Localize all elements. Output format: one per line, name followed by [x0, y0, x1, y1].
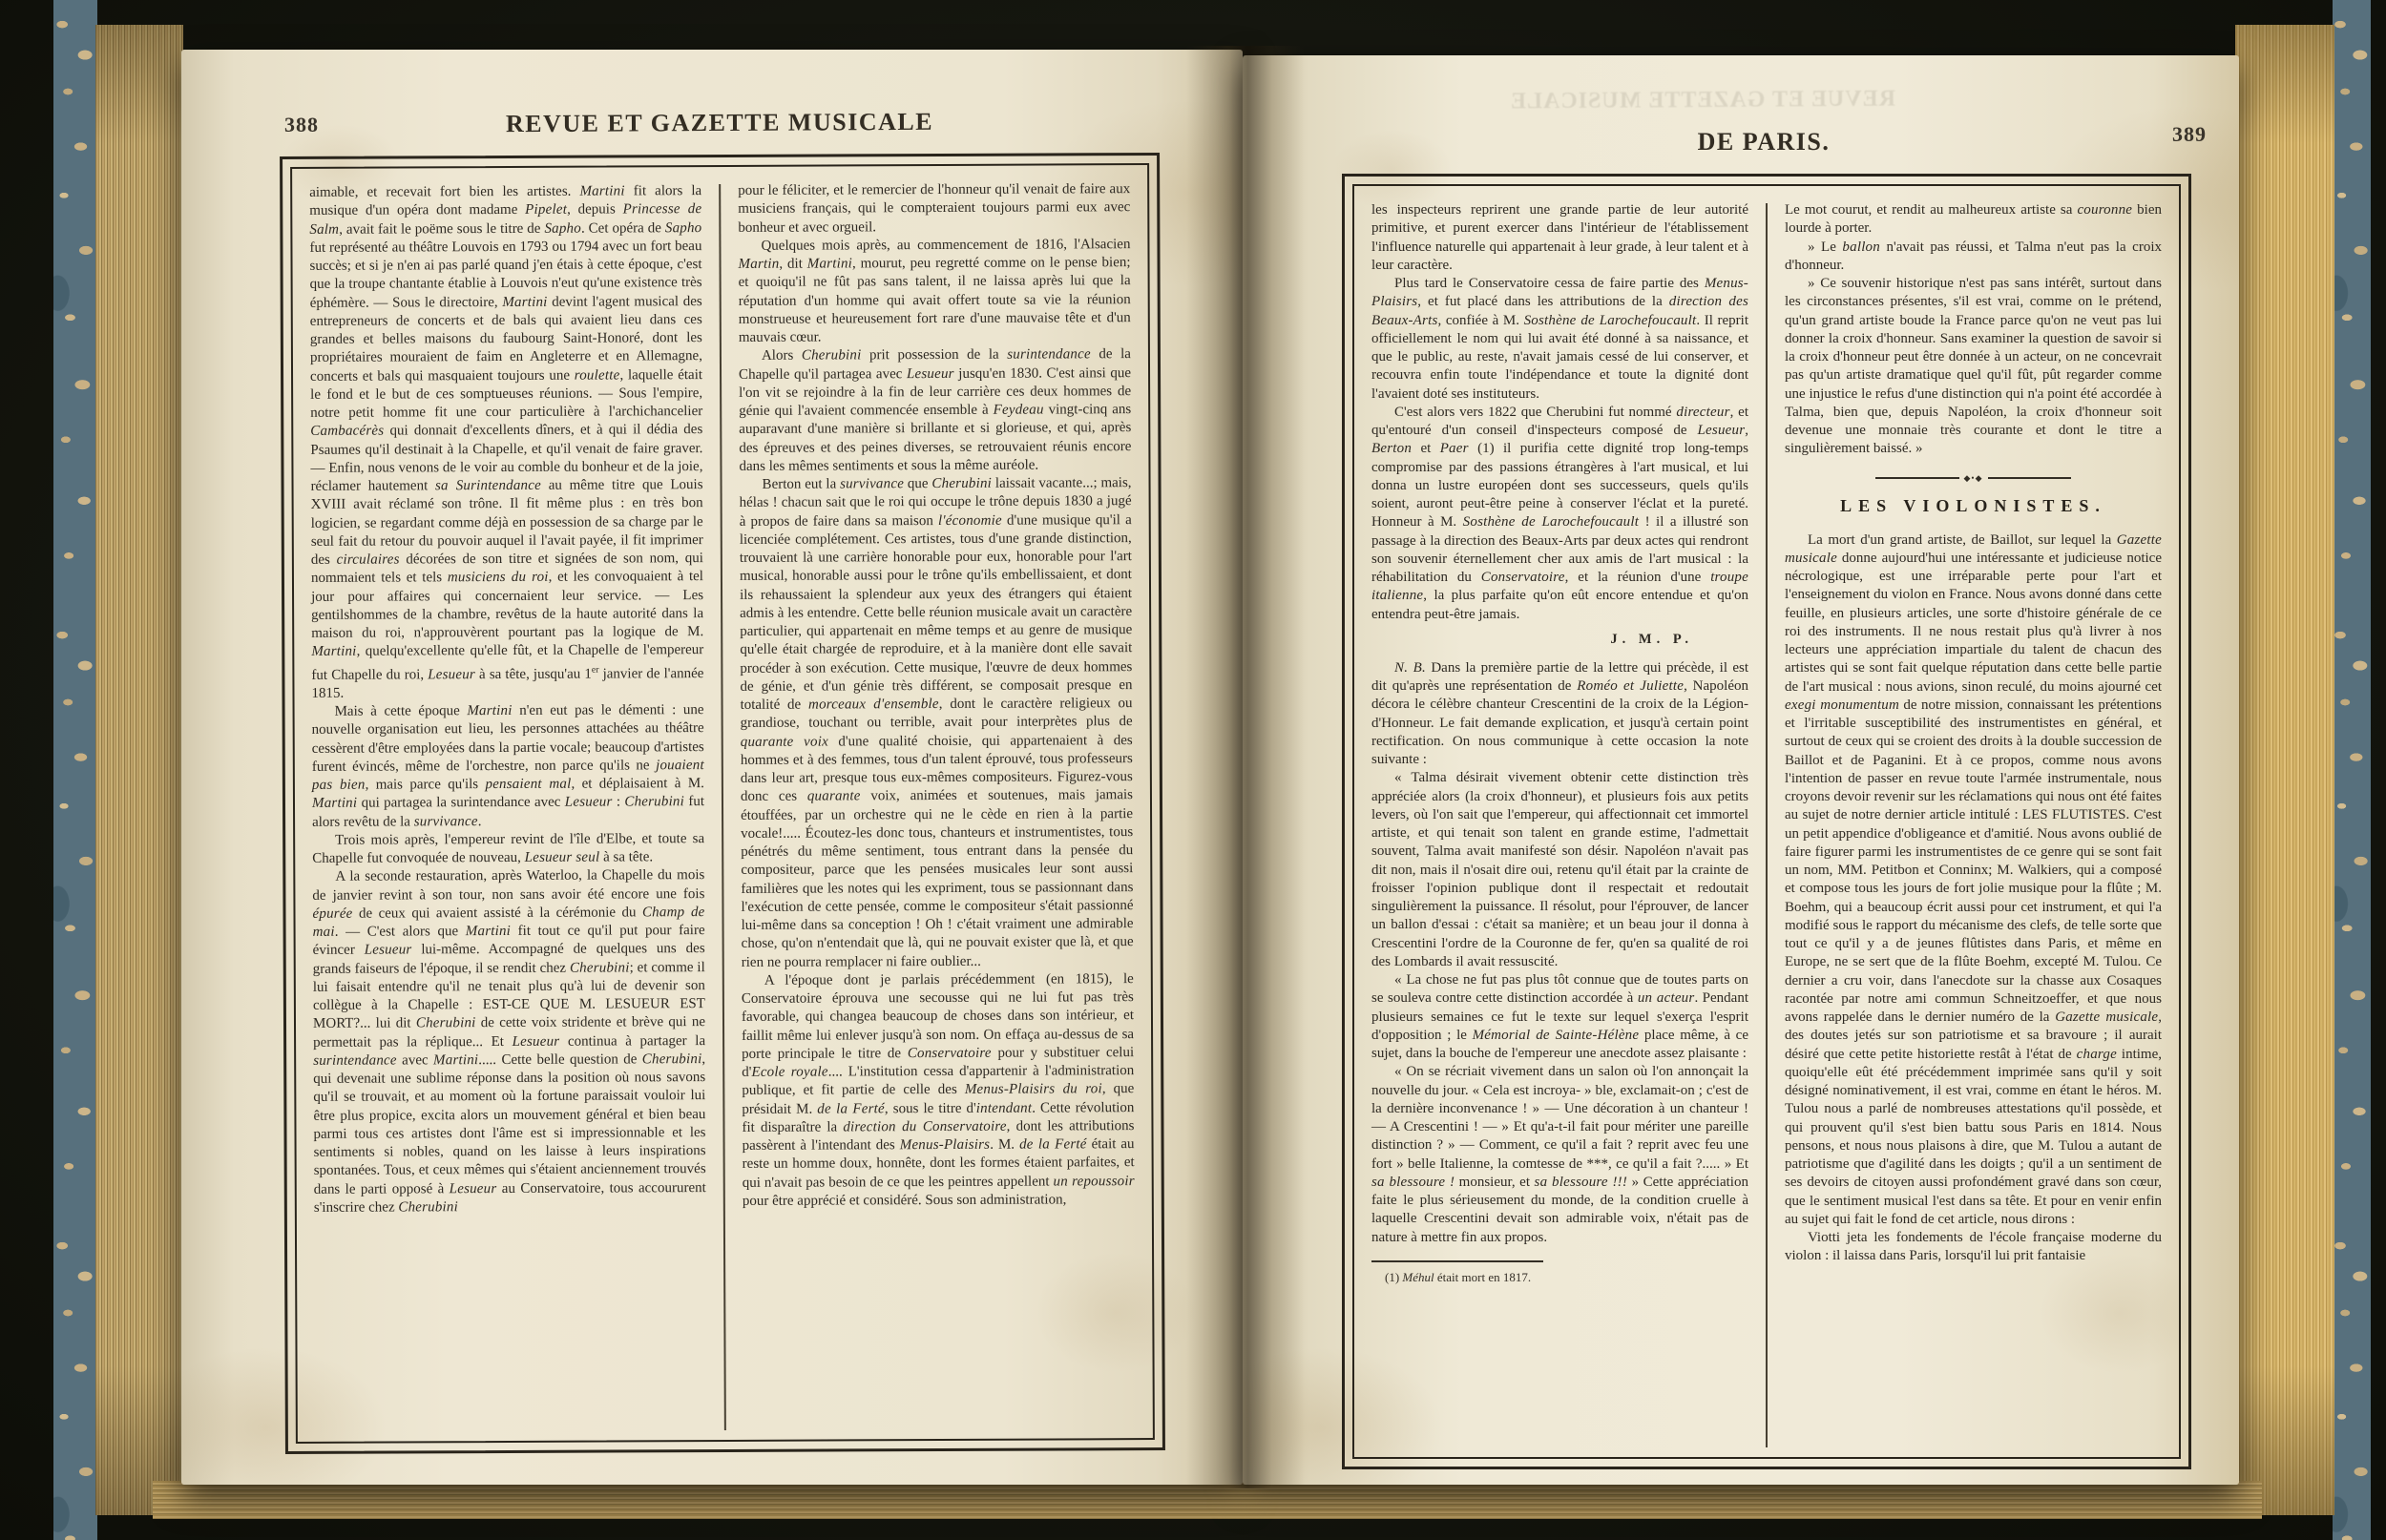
- paragraph: aimable, et recevait fort bien les artis…: [309, 182, 703, 703]
- signature: J. M. P.: [1371, 632, 1693, 648]
- footnote-rule: [1371, 1260, 1543, 1262]
- paragraph: « La chose ne fut pas plus tôt connue qu…: [1371, 971, 1748, 1063]
- paragraph: A l'époque dont je parlais précédemment …: [742, 970, 1135, 1211]
- paragraph: N. B. Dans la première partie de la lett…: [1371, 659, 1748, 770]
- paragraph: « On se récriait vivement dans un salon …: [1371, 1063, 1748, 1247]
- marbled-cover-left: [53, 0, 97, 1540]
- paragraph: Quelques mois après, au commencement de …: [738, 236, 1131, 347]
- text-area-389: les inspecteurs reprirent une grande par…: [1366, 201, 2167, 1447]
- paragraph: » Le ballon n'avait pas réussi, et Talma…: [1785, 239, 2162, 276]
- column-388-1: aimable, et recevait fort bien les artis…: [303, 182, 713, 1432]
- paragraph: « Talma désirait vivement obtenir cette …: [1371, 769, 1748, 971]
- section-heading: LES VIOLONISTES.: [1785, 496, 2162, 516]
- paragraph: C'est alors vers 1822 que Cherubini fut …: [1371, 404, 1748, 624]
- paragraph: pour le féliciter, et le remercier de l'…: [738, 180, 1130, 238]
- book-scan: 388 REVUE ET GAZETTE MUSICALE aimable, e…: [0, 0, 2386, 1540]
- text-frame-right: les inspecteurs reprirent une grande par…: [1342, 174, 2191, 1469]
- column-389-2: Le mot courut, et rendit au malheureux a…: [1779, 201, 2167, 1447]
- paragraph: Mais à cette époque Martini n'en eut pas…: [312, 701, 705, 832]
- text-area-388: aimable, et recevait fort bien les artis…: [303, 180, 1141, 1432]
- page-edges-right: [2235, 25, 2334, 1515]
- show-through-title: REVUE ET GAZETTE MUSICALE: [1281, 85, 2124, 116]
- paragraph: Le mot courut, et rendit au malheureux a…: [1785, 201, 2162, 239]
- paragraph: Berton eut la survivance que Cherubini l…: [740, 474, 1134, 972]
- paragraph: les inspecteurs reprirent une grande par…: [1371, 201, 1748, 275]
- footnote: (1) Méhul était mort en 1817.: [1371, 1269, 1748, 1285]
- paragraph: Alors Cherubini prit possession de la su…: [739, 345, 1132, 476]
- page-number-right: 389: [2172, 122, 2207, 147]
- page-edges-bottom: [153, 1481, 2262, 1519]
- marbled-cover-right: [2333, 0, 2371, 1540]
- column-388-2: pour le féliciter, et le remercier de l'…: [732, 180, 1141, 1430]
- paragraph: La mort d'un grand artiste, de Baillot, …: [1785, 531, 2162, 1230]
- paragraph: Viotti jeta les fondements de l'école fr…: [1785, 1229, 2162, 1266]
- page-388: 388 REVUE ET GAZETTE MUSICALE aimable, e…: [181, 50, 1243, 1485]
- running-title-left: REVUE ET GAZETTE MUSICALE: [283, 107, 1157, 140]
- paragraph: Trois mois après, l'empereur revint de l…: [312, 830, 704, 868]
- paragraph: A la seconde restauration, après Waterlo…: [312, 866, 706, 1217]
- paragraph: Plus tard le Conservatoire cessa de fair…: [1371, 275, 1748, 404]
- text-frame-right-inner: les inspecteurs reprirent une grande par…: [1352, 184, 2181, 1459]
- ornament-divider: ◆•◆: [1875, 474, 2071, 483]
- running-title-right: DE PARIS.: [1342, 128, 2186, 156]
- column-rule-389: [1766, 203, 1768, 1447]
- text-frame-left-inner: aimable, et recevait fort bien les artis…: [290, 163, 1155, 1444]
- column-389-1: les inspecteurs reprirent une grande par…: [1366, 201, 1754, 1447]
- paragraph: » Ce souvenir historique n'est pas sans …: [1785, 275, 2162, 459]
- column-rule-388: [719, 184, 726, 1430]
- page-edges-left: [95, 25, 183, 1515]
- page-389: REVUE ET GAZETTE MUSICALE DE PARIS. 389 …: [1243, 55, 2239, 1485]
- text-frame-left: aimable, et recevait fort bien les artis…: [280, 153, 1165, 1454]
